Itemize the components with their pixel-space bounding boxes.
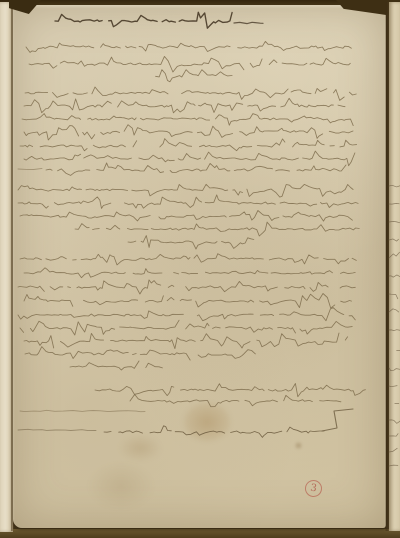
paragraph-p3-ink — [18, 254, 364, 370]
paragraph-p1-ink — [18, 41, 357, 175]
folio-number: 3 — [310, 483, 318, 494]
header-inscription-ink — [55, 12, 263, 28]
paragraph-p2-ink — [18, 184, 361, 249]
handwriting-ink-layer — [0, 0, 400, 538]
facing-leaf-text-marks — [389, 185, 400, 466]
manuscript-scan: 3 — [0, 0, 400, 538]
paragraph-p5-ink — [18, 409, 353, 437]
paragraph-p4-ink — [20, 384, 365, 412]
